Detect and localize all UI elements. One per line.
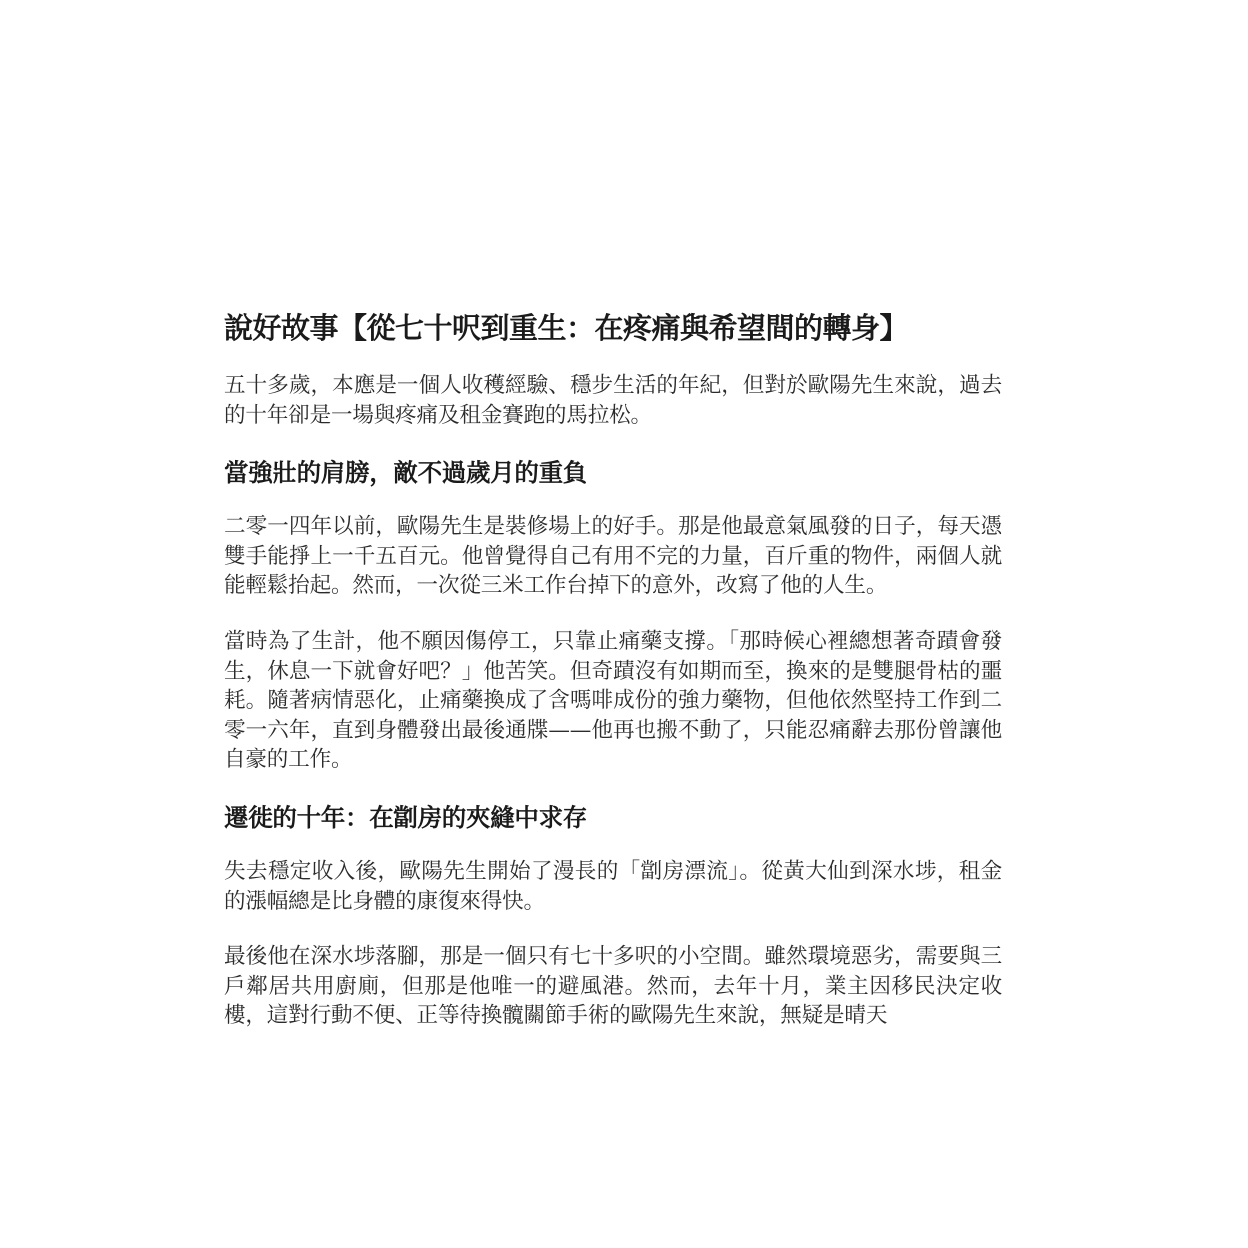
paragraph-rent-drift: 失去穩定收入後，歐陽先生開始了漫長的「劏房漂流」。從黃大仙到深水埗，租金的漲幅總…: [224, 857, 1002, 916]
intro-paragraph: 五十多歲，本應是一個人收穫經驗、穩步生活的年紀，但對於歐陽先生來說，過去的十年卻…: [224, 371, 1002, 430]
paragraph-painkillers: 當時為了生計，他不願因傷停工，只靠止痛藥支撐。「那時候心裡總想著奇蹟會發生，休息…: [224, 627, 1002, 775]
article: 說好故事【從七十呎到重生：在疼痛與希望間的轉身】 五十多歲，本應是一個人收穫經驗…: [224, 308, 1002, 1057]
document-viewport[interactable]: 說好故事【從七十呎到重生：在疼痛與希望間的轉身】 五十多歲，本應是一個人收穫經驗…: [0, 0, 1248, 1057]
subheading-subdivided-flats: 遷徙的十年：在劏房的夾縫中求存: [224, 801, 1002, 835]
subheading-shoulders: 當強壯的肩膀，敵不過歲月的重負: [224, 456, 1002, 490]
paragraph-accident: 二零一四年以前，歐陽先生是裝修場上的好手。那是他最意氣風發的日子，每天憑雙手能掙…: [224, 512, 1002, 601]
paragraph-sham-shui-po: 最後他在深水埗落腳，那是一個只有七十多呎的小空間。雖然環境惡劣，需要與三戶鄰居共…: [224, 942, 1002, 1031]
article-title: 說好故事【從七十呎到重生：在疼痛與希望間的轉身】: [224, 308, 1002, 348]
